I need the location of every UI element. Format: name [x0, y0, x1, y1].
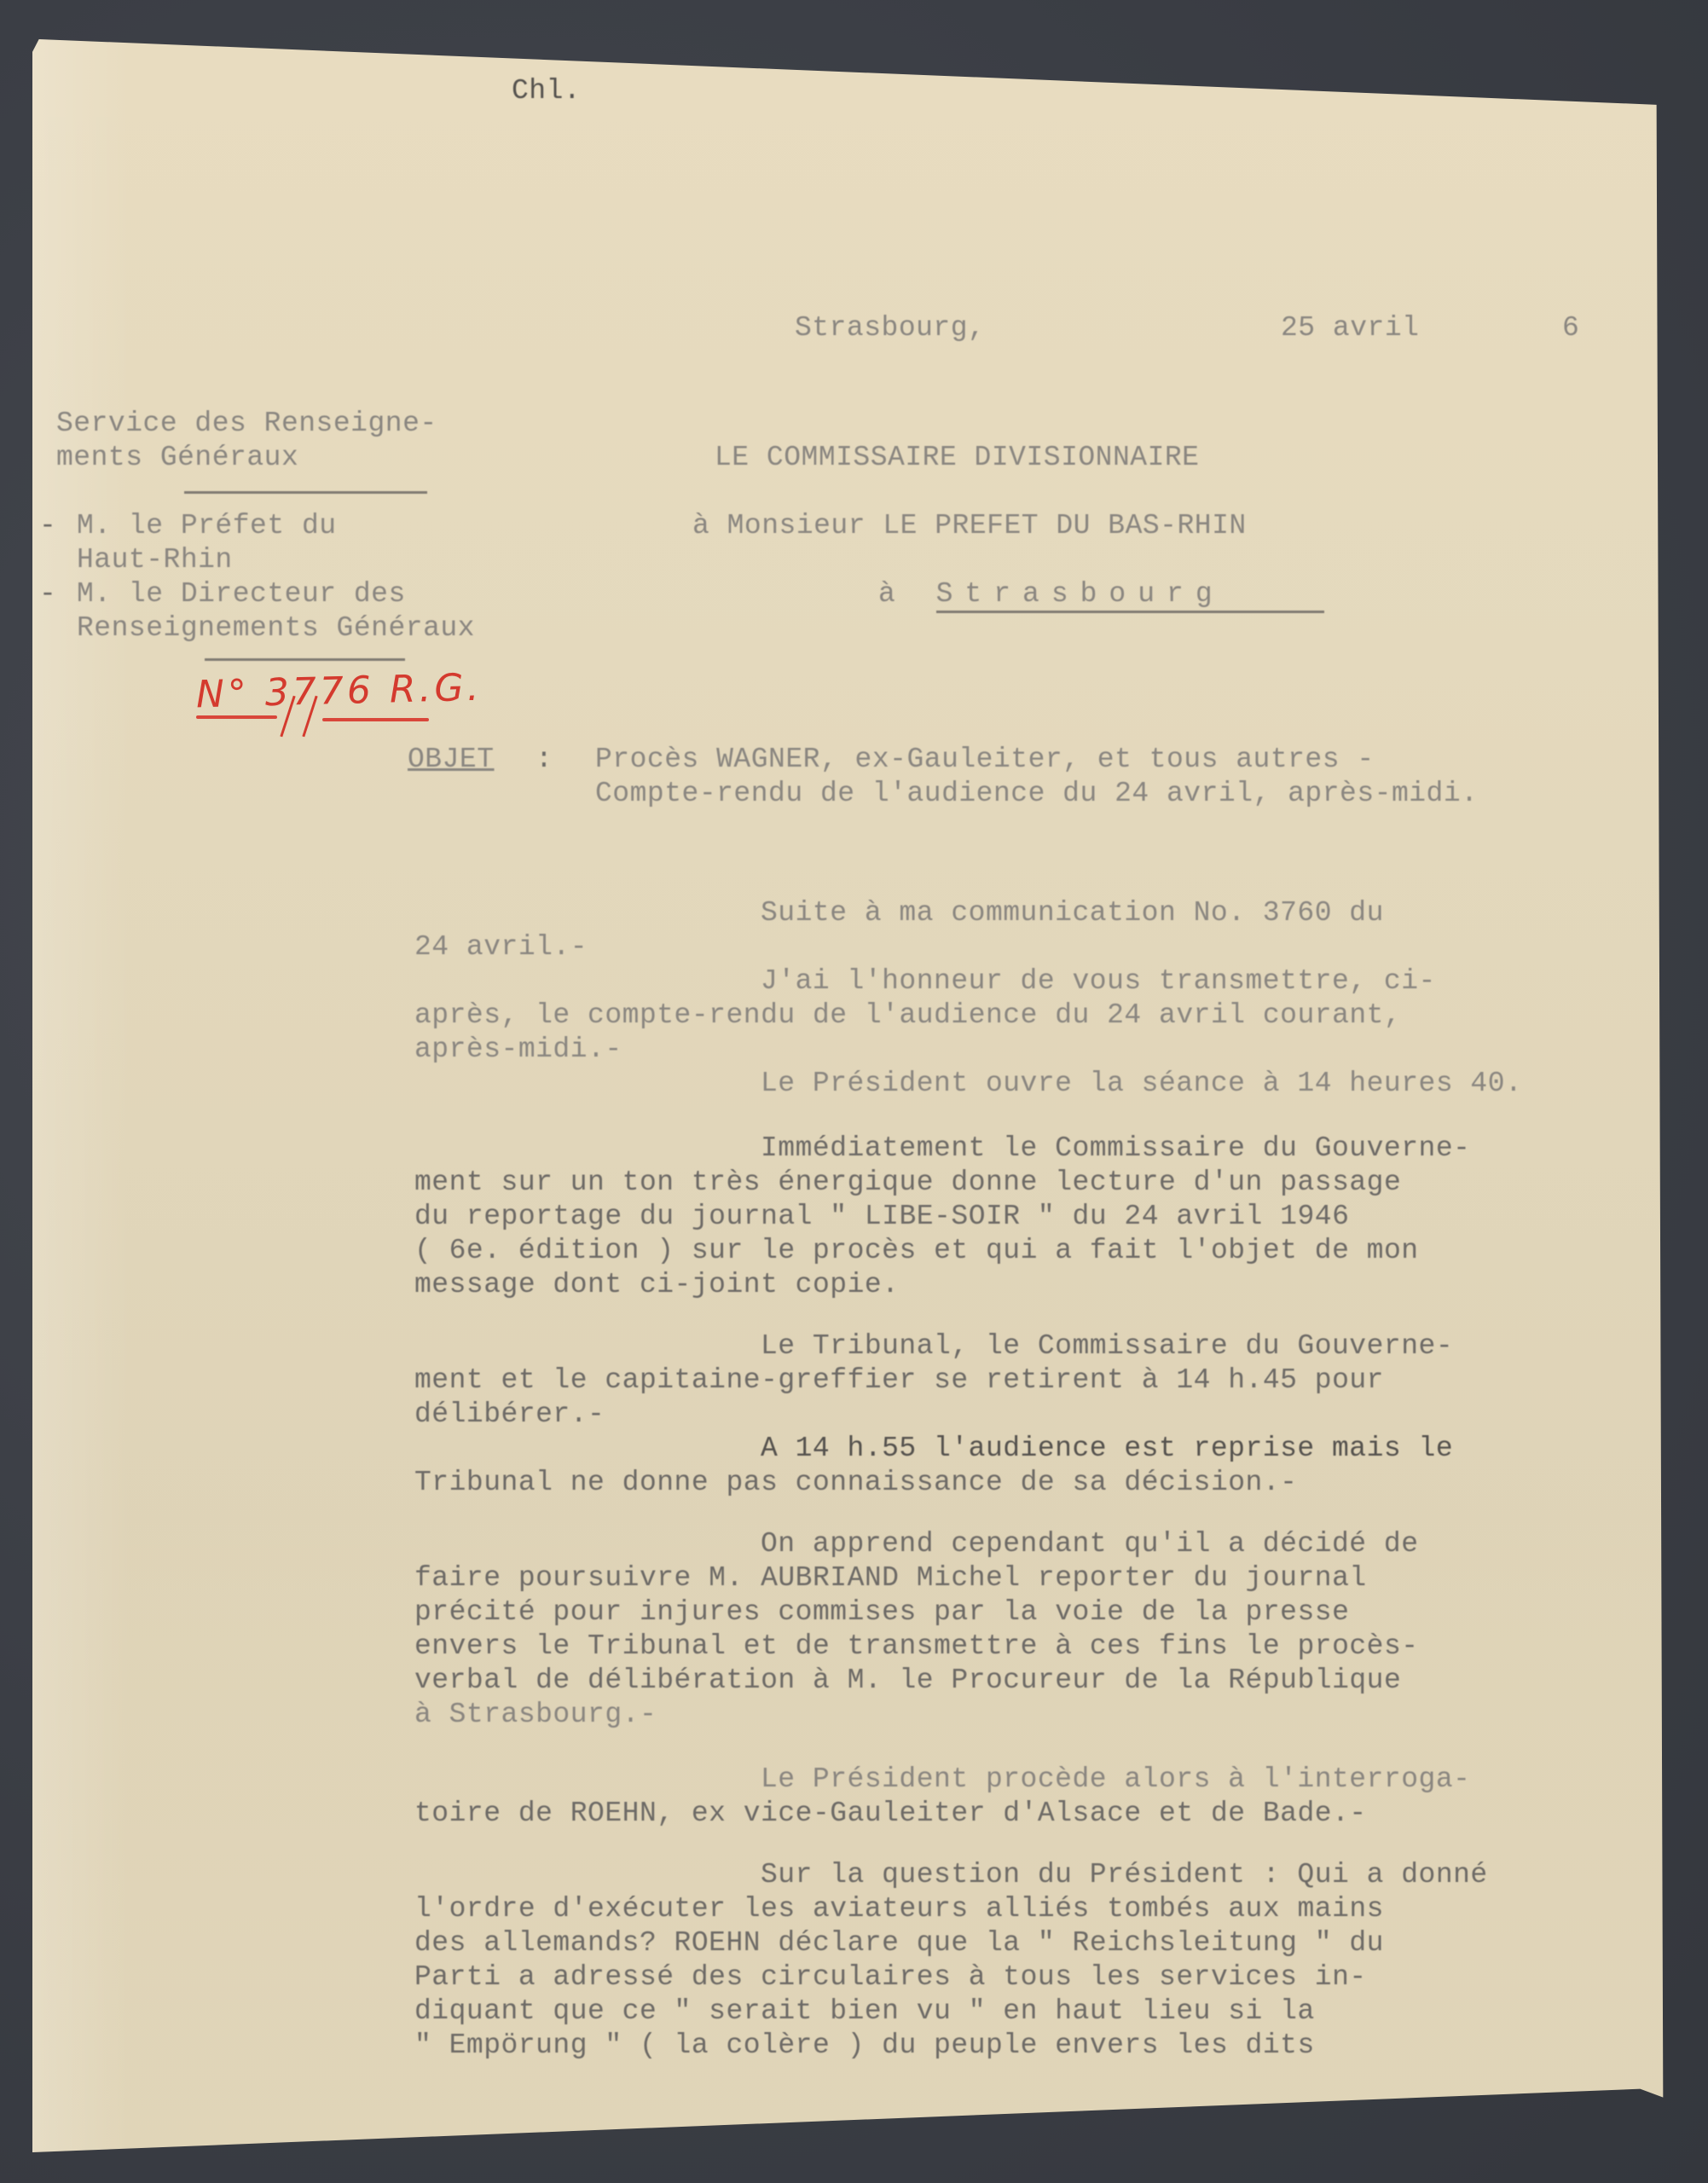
body-line: 24 avril.-	[414, 931, 588, 964]
separator-rule	[205, 658, 405, 661]
objet-line-2: Compte-rendu de l'audience du 24 avril, …	[595, 778, 1478, 810]
place-city: Strasbourg,	[795, 312, 985, 345]
body-line: On apprend cependant qu'il a décidé de	[761, 1528, 1419, 1561]
body-line: verbal de délibération à M. le Procureur…	[414, 1665, 1401, 1697]
body-line: Suite à ma communication No. 3760 du	[761, 897, 1384, 929]
body-line: ( 6e. édition ) sur le procès et qui a f…	[414, 1235, 1419, 1267]
body-line: " Empörung " ( la colère ) du peuple env…	[414, 2030, 1315, 2062]
body-line: envers le Tribunal et de transmettre à c…	[414, 1630, 1419, 1663]
body-line: toire de ROEHN, ex vice-Gauleiter d'Alsa…	[414, 1798, 1367, 1830]
service-line-1: Service des Renseigne-	[56, 408, 437, 440]
copy-to-2-line-2: Renseignements Généraux	[77, 612, 475, 645]
red-underline	[196, 715, 277, 719]
copy-to-dash-1: -	[39, 510, 56, 542]
red-underline	[322, 718, 429, 721]
body-line: J'ai l'honneur de vous transmettre, ci-	[761, 965, 1436, 998]
city-underline	[936, 611, 1324, 613]
body-line: Parti a adressé des circulaires à tous l…	[414, 1961, 1367, 1994]
copy-to-dash-2: -	[39, 578, 56, 611]
body-line: Sur la question du Président : Qui a don…	[761, 1859, 1488, 1891]
body-line: Immédiatement le Commissaire du Gouverne…	[761, 1132, 1470, 1165]
separator-rule	[184, 491, 427, 494]
body-line: à Strasbourg.-	[414, 1699, 657, 1731]
body-line: faire poursuivre M. AUBRIAND Michel repo…	[414, 1562, 1367, 1595]
body-line: Le Tribunal, le Commissaire du Gouverne-	[761, 1330, 1453, 1363]
body-line: Tribunal ne donne pas connaissance de sa…	[414, 1467, 1297, 1499]
body-line: l'ordre d'exécuter les aviateurs alliés …	[414, 1893, 1384, 1925]
copy-to-2-line-1: M. le Directeur des	[77, 578, 406, 611]
body-line: Le Président procède alors à l'interroga…	[761, 1763, 1470, 1796]
body-line: des allemands? ROEHN déclare que la " Re…	[414, 1927, 1384, 1960]
body-line: du reportage du journal " LIBE-SOIR " du…	[414, 1201, 1349, 1233]
place-date: 25 avril	[1281, 312, 1419, 345]
handwritten-reference-number: N° 3776 R.G.	[195, 666, 483, 717]
addressee-to: à Monsieur LE PREFET DU BAS-RHIN	[692, 510, 1247, 542]
header-code: Chl.	[512, 75, 581, 107]
body-line: message dont ci-joint copie.	[414, 1269, 900, 1301]
body-line: après-midi.-	[414, 1034, 622, 1066]
body-line: après, le compte-rendu de l'audience du …	[414, 999, 1401, 1032]
body-line: ment sur un ton très énergique donne lec…	[414, 1167, 1401, 1199]
objet-line-1: Procès WAGNER, ex-Gauleiter, et tous aut…	[595, 744, 1375, 776]
body-line: délibérer.-	[414, 1398, 605, 1431]
copy-to-1-line-2: Haut-Rhin	[77, 544, 233, 576]
body-line: ment et le capitaine-greffier se retiren…	[414, 1364, 1384, 1397]
objet-separator: :	[536, 744, 553, 776]
body-line: précité pour injures commises par la voi…	[414, 1596, 1349, 1629]
place-year-fragment: 6	[1562, 312, 1579, 345]
body-line: A 14 h.55 l'audience est reprise mais le	[761, 1433, 1453, 1465]
service-line-2: ments Généraux	[56, 442, 298, 474]
body-line: diquant que ce " serait bien vu " en hau…	[414, 1995, 1315, 2028]
addressee-from: LE COMMISSAIRE DIVISIONNAIRE	[715, 442, 1200, 474]
objet-label: OBJET	[408, 744, 495, 776]
body-line: Le Président ouvre la séance à 14 heures…	[761, 1068, 1522, 1100]
addressee-city: à Strasbourg	[878, 578, 1225, 611]
copy-to-1-line-1: M. le Préfet du	[77, 510, 337, 542]
